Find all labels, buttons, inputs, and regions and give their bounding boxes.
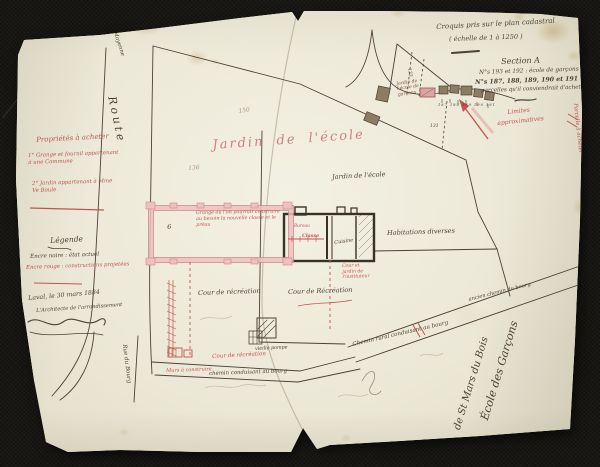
legend-title: Légende [50, 234, 83, 245]
inset-parcel-number-row: 187 188 189 190 191 [438, 103, 496, 107]
new-building-note: Grange où l'on pourrait construire au be… [196, 209, 286, 229]
properties-note-item2: 2° Jardin appartenant à Mme Ve Boule [32, 178, 120, 196]
teacher-court-label: Cour et jardin de l'instituteur [342, 263, 369, 281]
inset-parcel-number: 131 [430, 124, 439, 129]
pencil-parcel-number: 136 [188, 164, 200, 172]
room-bureau-label: Bureau [294, 224, 310, 229]
foxing-stain [294, 442, 316, 456]
ink-parcel-number: 6 [167, 224, 172, 232]
paper-shadow-wrap: Croquis pris sur le plan cadastral ( éch… [0, 0, 600, 467]
photographed-archival-plan: Croquis pris sur le plan cadastral ( éch… [0, 0, 600, 467]
paper-sheet: Croquis pris sur le plan cadastral ( éch… [0, 0, 600, 467]
room-classe-label: Classe [302, 234, 319, 240]
section-title: Section A [501, 56, 540, 67]
